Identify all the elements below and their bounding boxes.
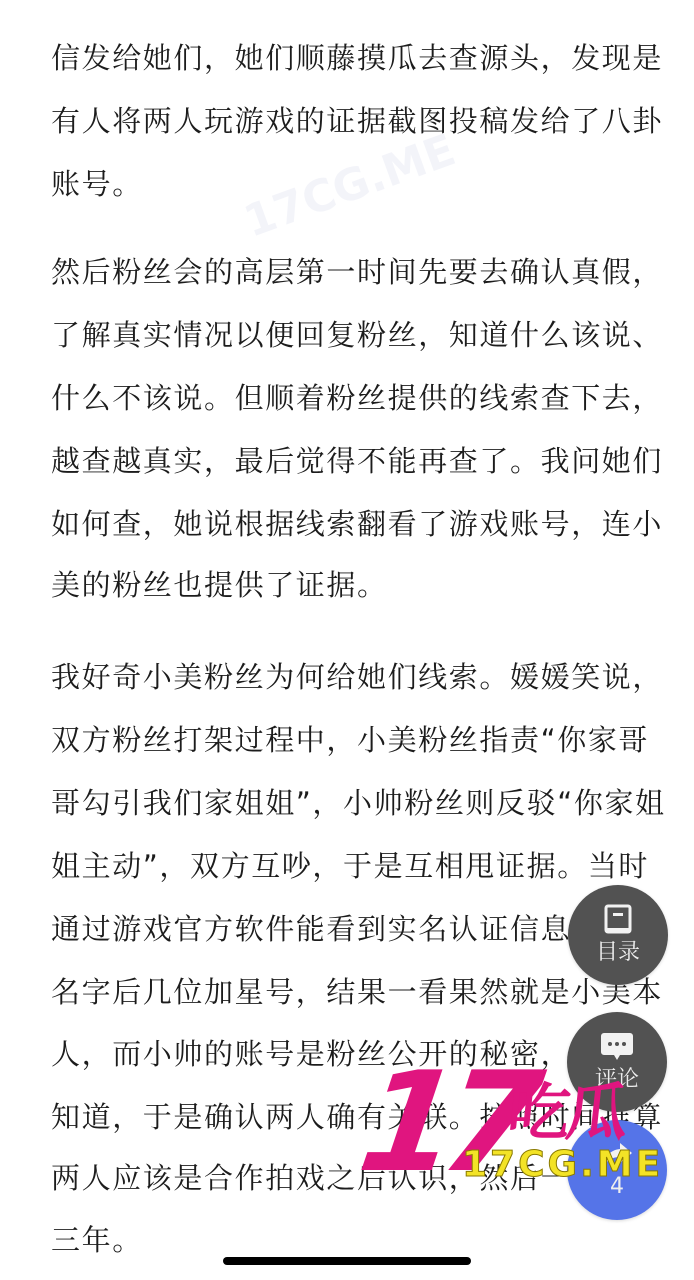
article-line: 两人应该是合作拍戏之后认识，然后一直 <box>51 1160 602 1196</box>
home-indicator[interactable] <box>223 1257 471 1265</box>
article-line: 了解真实情况以便回复粉丝，知道什么该说、 <box>51 317 663 353</box>
article-line: 美的粉丝也提供了证据。 <box>51 567 388 603</box>
book-icon <box>603 904 633 936</box>
article-line: 账号。 <box>51 166 143 202</box>
article-line: 三年。 <box>51 1222 143 1258</box>
share-button[interactable]: 4 <box>567 1120 667 1220</box>
article-line: 信发给她们，她们顺藤摸瓜去查源头，发现是 <box>51 40 663 76</box>
article-line: 什么不该说。但顺着粉丝提供的线索查下去， <box>51 380 663 416</box>
catalog-label: 目录 <box>596 940 640 966</box>
comments-label: 评论 <box>595 1067 639 1093</box>
article-line: 名字后几位加星号，结果一看果然就是小美本 <box>51 974 663 1010</box>
article-line: 越查越真实，最后觉得不能再查了。我问她们 <box>51 443 663 479</box>
article-line: 有人将两人玩游戏的证据截图投稿发给了八卦 <box>51 103 663 139</box>
article-line: 人，而小帅的账号是粉丝公开的秘密，大 <box>51 1036 602 1072</box>
article-line: 如何查，她说根据线索翻看了游戏账号，连小 <box>51 506 663 542</box>
article-line: 姐主动”，双方互吵，于是互相甩证据。当时 <box>51 848 649 884</box>
share-arrow-icon <box>600 1140 634 1170</box>
catalog-button[interactable]: 目录 <box>568 885 668 985</box>
article-line: 知道，于是确认两人确有关联。按照时间推算 <box>51 1099 663 1135</box>
article-line: 双方粉丝打架过程中，小美粉丝指责“你家哥 <box>51 722 649 758</box>
article-line: 然后粉丝会的高层第一时间先要去确认真假， <box>51 254 663 290</box>
share-count: 4 <box>610 1174 624 1200</box>
comments-button[interactable]: 评论 <box>567 1012 667 1112</box>
chat-bubble-icon <box>600 1031 634 1063</box>
article-line: 哥勾引我们家姐姐”，小帅粉丝则反驳“你家姐 <box>51 785 666 821</box>
article-line: 通过游戏官方软件能看到实名认证信息， <box>51 911 602 947</box>
background-watermark: 17CG.ME <box>238 49 694 340</box>
article-line: 我好奇小美粉丝为何给她们线索。媛媛笑说， <box>51 659 663 695</box>
